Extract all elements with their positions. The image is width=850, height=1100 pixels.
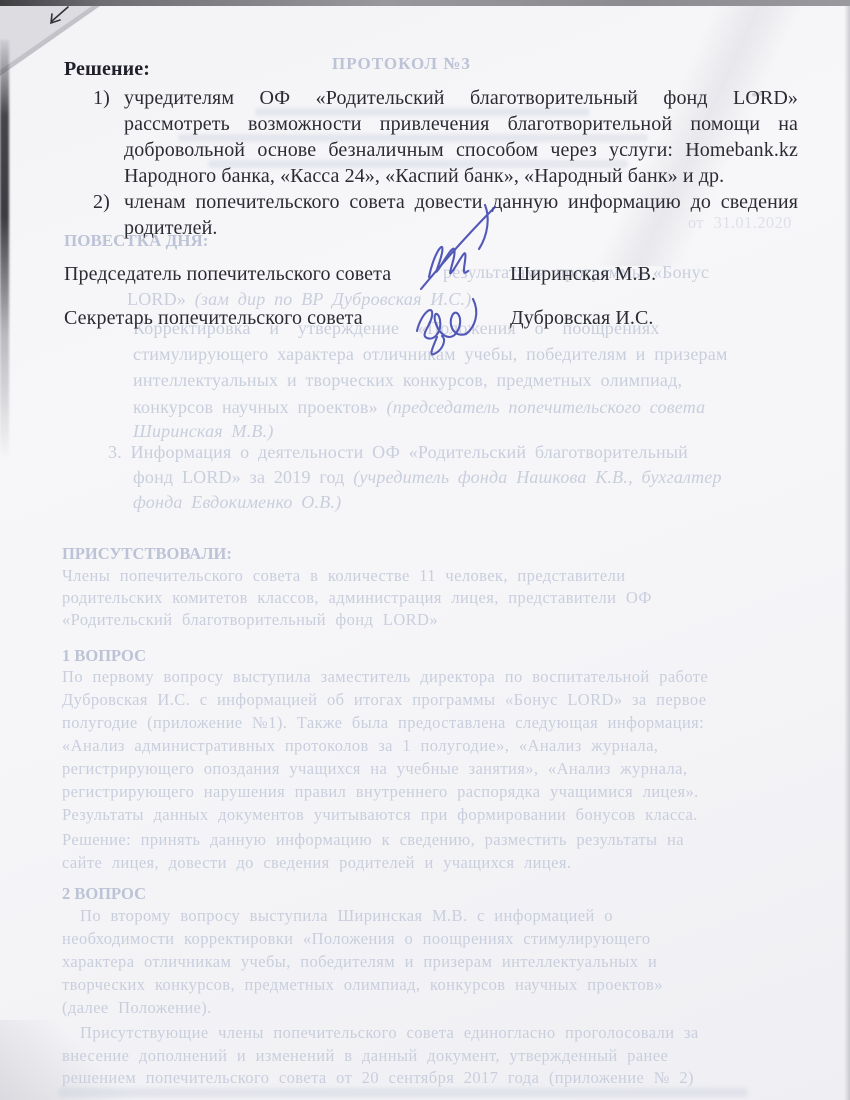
pen-mark-icon [44,4,70,26]
signature-name: Ширинская М.В. [510,263,656,286]
bleed-question2-line: характера отличникам учебы, победителям … [62,952,657,972]
bleed-text-italic: (учредитель фонда Нашкова К.В., бухгалте… [353,467,721,487]
bleed-agenda-item2-line: конкурсов научных проектов» (председател… [133,397,705,418]
bleed-question1-line: Дубровская И.С. с информацией об итогах … [62,690,706,710]
signature-name: Дубровская И.С. [510,307,654,330]
decision-item-1: 1) учредителям ОФ «Родительский благотво… [64,85,798,189]
bleed-question2-line: творческих конкурсов, предметных олимпиа… [62,975,663,995]
bleed-text: конкурсов научных проектов» [133,397,387,417]
bleed-question2-line: По второму вопросу выступила Ширинская М… [80,906,613,926]
decision-line: учредителям ОФ «Родительский благотворит… [124,85,798,111]
bleed-question2-line: внесение дополнений и изменений в данный… [62,1046,668,1066]
secretary-signature-ink [407,291,502,361]
bleed-question2-line: необходимости корректировки «Положения о… [62,929,651,949]
bleed-question1-line: регистрирующего опоздания учащихся на уч… [62,759,687,779]
chairman-signature-ink [413,203,528,295]
bleed-text-italic: (председатель попечительского совета [387,397,706,417]
signature-role-label: Секретарь попечительского совета [64,307,363,329]
bleed-agenda-item2-line: интеллектуальных и творческих конкурсов,… [133,370,682,391]
list-marker: 2) [93,189,110,215]
decision-line: Народного банка, «Касса 24», «Каспий бан… [124,163,798,189]
bleed-present-line: «Родительский благотворительный фонд LOR… [62,610,438,630]
bleed-agenda-item2-line: Ширинская М.В.) [133,421,274,442]
bleed-present-line: Члены попечительского совета в количеств… [62,566,625,586]
decision-heading: Решение: [64,56,798,82]
bleed-question1-line: сайте лицея, довести до сведения родител… [62,853,571,873]
bleed-question1-line: Результаты данных документов учитываются… [62,805,698,825]
bleed-question2-heading: 2 ВОПРОС [62,884,146,904]
bleed-question2-line: (далее Положение). [62,998,212,1018]
bleed-present-line: родительских комитетов классов, админист… [62,588,652,608]
bleed-question2-line: Присутствующие члены попечительского сов… [80,1023,699,1043]
list-marker: 1) [93,85,110,111]
bleed-agenda-item3-line: 3. Информация о деятельности ОФ «Родител… [108,442,688,463]
bleed-smudge-bottom [58,1088,748,1097]
bleed-question2-line: решением попечительского совета от 20 се… [62,1068,694,1088]
bleed-question1-line: По первому вопросу выступила заместитель… [62,667,708,687]
bleed-question1-line: регистрирующего нарушения правил внутрен… [62,782,699,802]
bleed-text: LORD» [127,289,195,309]
page-left-shadow [0,40,9,460]
decision-line: добровольной основе безналичным способом… [124,137,798,163]
bleed-question1-line: Решение: принять данную информацию к све… [62,830,684,850]
bleed-question1-line: полугодие (приложение №1). Также была пр… [62,713,704,733]
bleed-text: фонд LORD» за 2019 год [133,467,353,487]
decision-line: рассмотреть возможности привлечения благ… [124,111,798,137]
bleed-present-heading: ПРИСУТСТВОВАЛИ: [62,544,232,564]
scanned-document-page: ПРОТОКОЛ №3 от 31.01.2020 ПОВЕСТКА ДНЯ: … [0,0,850,1100]
bleed-question1-line: «Анализ административных протоколов за 1… [62,736,658,756]
bleed-agenda-item3-line: фонда Евдокименко О.В.) [133,492,341,513]
bleed-agenda-item3-line: фонд LORD» за 2019 год (учредитель фонда… [133,467,722,488]
signature-role-label: Председатель попечительского совета [64,263,391,285]
bleed-question1-heading: 1 ВОПРОС [62,646,146,666]
